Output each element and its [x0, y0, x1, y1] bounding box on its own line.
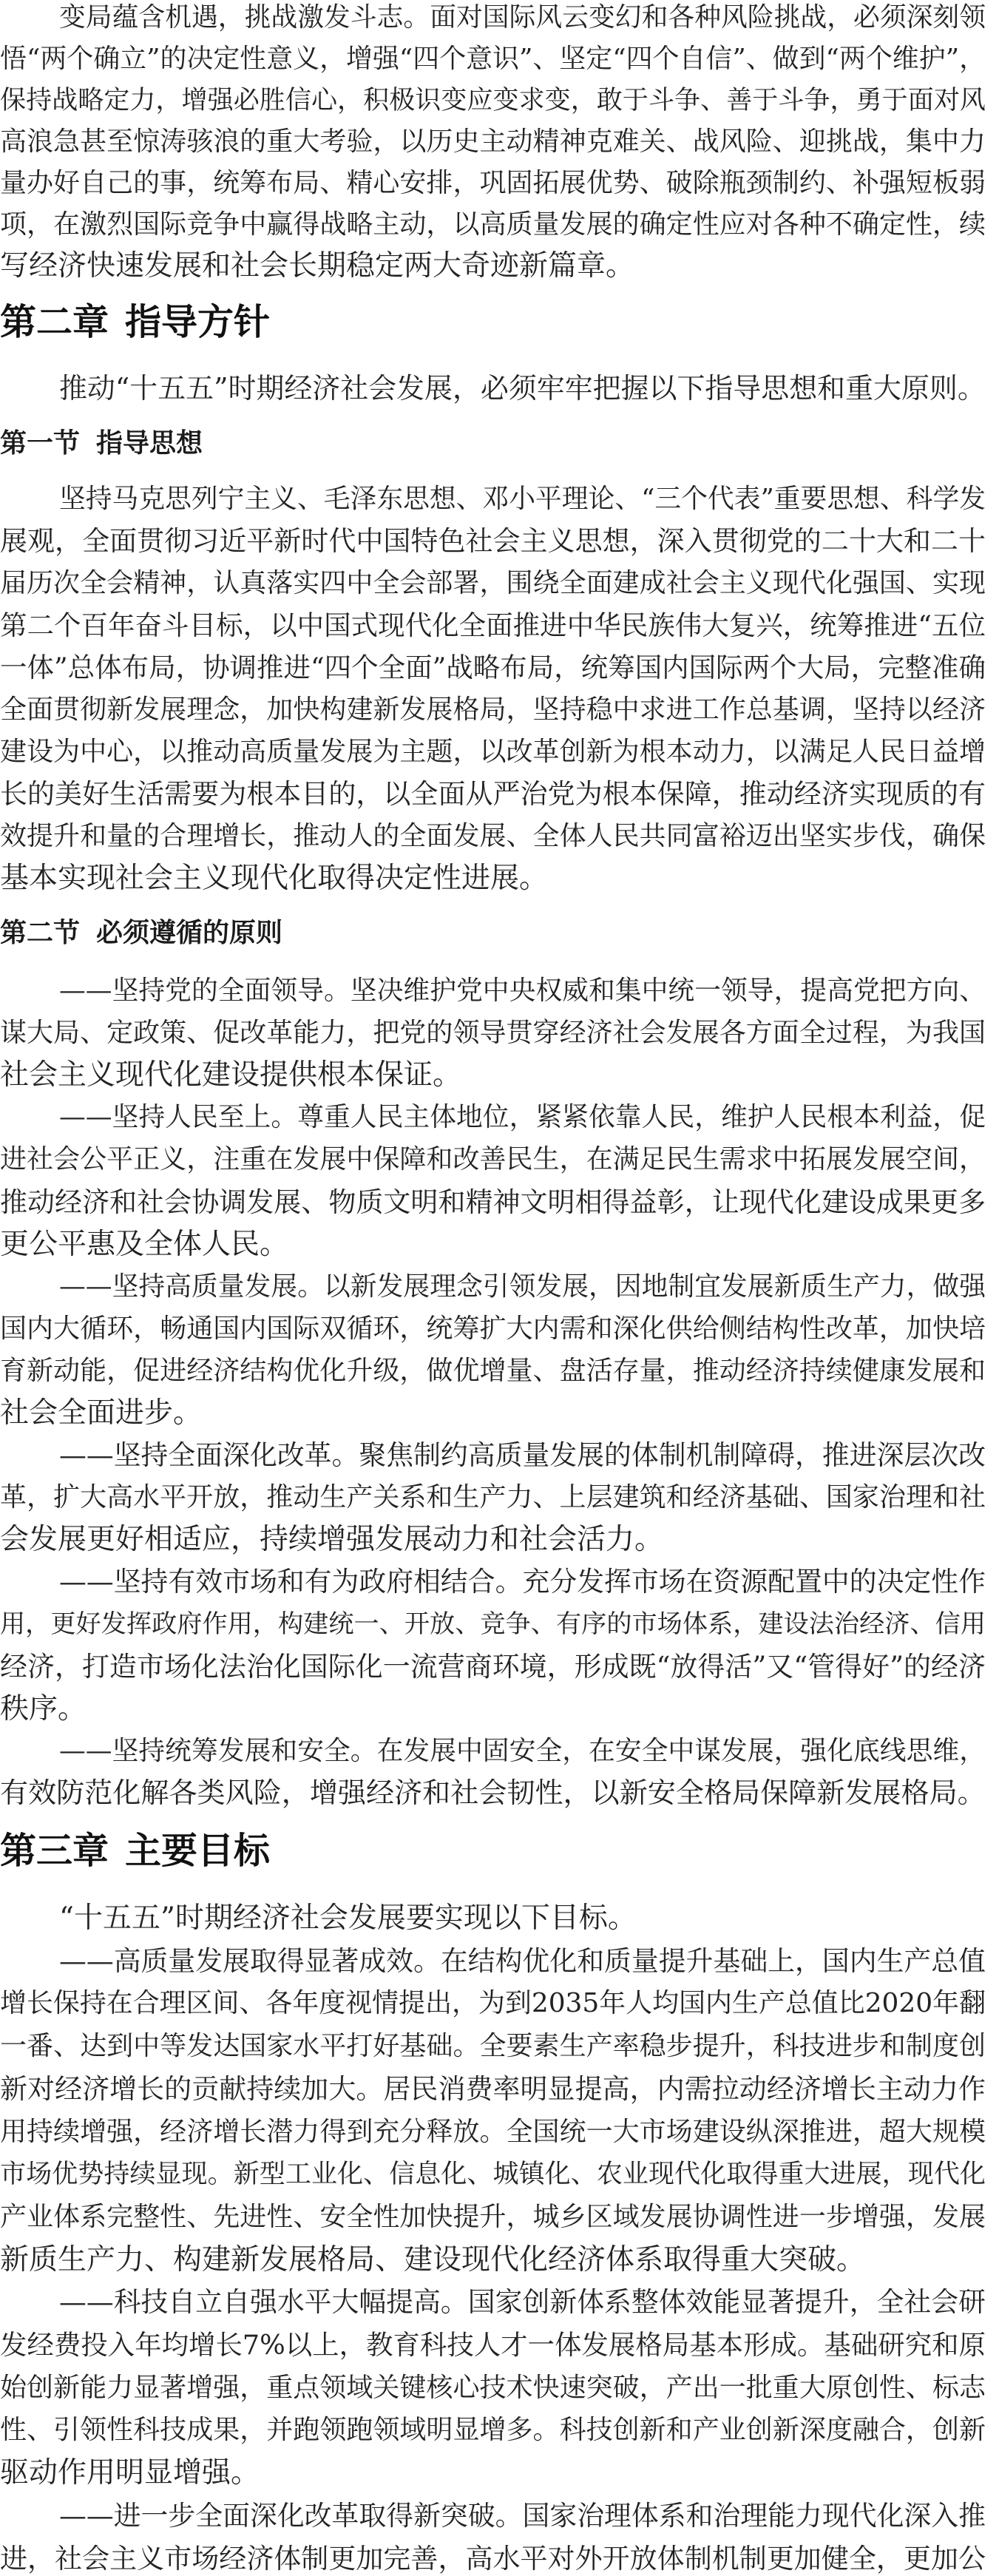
text-line: 有效防范化解各类风险，增强经济和社会韧性，以新安全格局保障新发展格局。: [0, 1772, 986, 1814]
text-line: 进社会公平正义，注重在发展中保障和改善民生，在满足民生需求中拓展发展空间，: [0, 1138, 986, 1180]
text-line: 产业体系完整性、先进性、安全性加快提升，城乡区域发展协调性进一步增强，发展: [0, 2196, 986, 2238]
section-number: 第一节: [0, 428, 80, 459]
text-line: 展观，全面贯彻习近平新时代中国特色社会主义思想，深入贯彻党的二十大和二十: [0, 520, 986, 562]
text-line: 高浪急甚至惊涛骇浪的重大考验，以历史主动精神克难关、战风险、迎挑战，集中力: [0, 121, 986, 163]
chapter-heading: 第三章主要目标: [0, 1829, 999, 1873]
chapter-number: 第三章: [0, 1830, 109, 1872]
text-line: 会发展更好相适应，持续增强发展动力和社会活力。: [0, 1518, 986, 1561]
chapter-heading: 第二章指导方针: [0, 300, 999, 345]
text-line: 变局蕴含机遇，挑战激发斗志。面对国际风云变幻和各种风险挑战，必须深刻领: [0, 0, 986, 38]
text-line: ——进一步全面深化改革取得新突破。国家治理体系和治理能力现代化深入推: [0, 2495, 986, 2537]
document-page: 变局蕴含机遇，挑战激发斗志。面对国际风云变幻和各种风险挑战，必须深刻领悟“两个确…: [0, 0, 999, 2576]
text-line: 进，社会主义市场经济体制更加完善，高水平对外开放体制机制更加健全，更加公: [0, 2538, 986, 2576]
text-line: 长的美好生活需要为根本目的，以全面从严治党为根本保障，推动经济实现质的有: [0, 773, 986, 815]
text-line: 社会全面进步。: [0, 1392, 986, 1434]
text-line: 增长保持在合理区间、各年度视情提出，为到2035年人均国内生产总值比2020年翻: [0, 1982, 986, 2024]
text-line: 秩序。: [0, 1688, 986, 1730]
text-line: 推动“十五五”时期经济社会发展，必须牢牢把握以下指导思想和重大原则。: [0, 368, 986, 410]
text-line: 更公平惠及全体人民。: [0, 1223, 986, 1265]
text-line: 全面贯彻新发展理念，加快构建新发展格局，坚持稳中求进工作总基调，坚持以经济: [0, 689, 986, 731]
text-line: 社会主义现代化建设提供根本保证。: [0, 1054, 986, 1096]
text-line: 用持续增强，经济增长潜力得到充分释放。全国统一大市场建设纵深推进，超大规模: [0, 2111, 986, 2153]
text-line: 写经济快速发展和社会长期稳定两大奇迹新篇章。: [0, 245, 986, 287]
text-line: 建设为中心，以推动高质量发展为主题，以改革创新为根本动力，以满足人民日益增: [0, 731, 986, 773]
section-number: 第二节: [0, 918, 80, 948]
text-line: 始创新能力显著增强，重点领域关键核心技术快速突破，产出一批重大原创性、标志: [0, 2367, 986, 2409]
text-line: ——坚持人民至上。尊重人民主体地位，紧紧依靠人民，维护人民根本利益，促: [0, 1096, 986, 1138]
text-line: 新对经济增长的贡献持续加大。居民消费率明显提高，内需拉动经济增长主动力作: [0, 2068, 986, 2110]
text-line: 经济，打造市场化法治化国际化一流营商环境，形成既“放得活”又“管得好”的经济: [0, 1646, 986, 1688]
text-line: ——坚持统筹发展和安全。在发展中固安全，在安全中谋发展，强化底线思维，: [0, 1730, 986, 1772]
text-line: ——坚持有效市场和有为政府相结合。充分发挥市场在资源配置中的决定性作: [0, 1561, 986, 1603]
section-heading: 第二节必须遵循的原则: [0, 915, 999, 952]
text-line: ——坚持党的全面领导。坚决维护党中央权威和集中统一领导，提高党把方向、: [0, 970, 986, 1012]
text-line: 用，更好发挥政府作用，构建统一、开放、竞争、有序的市场体系，建设法治经济、信用: [0, 1603, 986, 1646]
text-line: 坚持马克思列宁主义、毛泽东思想、邓小平理论、“三个代表”重要思想、科学发: [0, 478, 986, 520]
text-line: 悟“两个确立”的决定性意义，增强“四个意识”、坚定“四个自信”、做到“两个维护”…: [0, 38, 986, 80]
chapter-title: 主要目标: [125, 1830, 270, 1872]
text-line: 届历次全会精神，认真落实四中全会部署，围绕全面建成社会主义现代化强国、实现: [0, 562, 986, 604]
text-line: 性、引领性科技成果，并跑领跑领域明显增多。科技创新和产业创新深度融合，创新: [0, 2409, 986, 2451]
text-line: 驱动作用明显增强。: [0, 2452, 986, 2494]
section-title: 必须遵循的原则: [96, 918, 282, 948]
text-line: 推动经济和社会协调发展、物质文明和精神文明相得益彰，让现代化建设成果更多: [0, 1181, 986, 1223]
chapter-title: 指导方针: [125, 301, 270, 343]
text-line: 革，扩大高水平开放，推动生产关系和生产力、上层建筑和经济基础、国家治理和社: [0, 1476, 986, 1518]
text-line: ——坚持高质量发展。以新发展理念引领发展，因地制宜发展新质生产力，做强: [0, 1265, 986, 1308]
text-line: 育新动能，促进经济结构优化升级，做优增量、盘活存量，推动经济持续健康发展和: [0, 1350, 986, 1392]
text-line: 新质生产力、构建新发展格局、建设现代化经济体系取得重大突破。: [0, 2239, 986, 2281]
text-line: 基本实现社会主义现代化取得决定性进展。: [0, 857, 986, 899]
text-line: 谋大局、定政策、促改革能力，把党的领导贯穿经济社会发展各方面全过程，为我国: [0, 1012, 986, 1054]
text-line: 一体”总体布局，协调推进“四个全面”战略布局，统筹国内国际两个大局，完整准确: [0, 646, 986, 689]
section-heading: 第一节指导思想: [0, 425, 999, 462]
text-line: ——坚持全面深化改革。聚焦制约高质量发展的体制机制障碍，推进深层次改: [0, 1434, 986, 1476]
text-line: 效提升和量的合理增长，推动人的全面发展、全体人民共同富裕迈出坚实步伐，确保: [0, 815, 986, 857]
text-line: 项，在激烈国际竞争中赢得战略主动，以高质量发展的确定性应对各种不确定性，续: [0, 203, 986, 246]
text-line: ——高质量发展取得显著成效。在结构优化和质量提升基础上，国内生产总值: [0, 1940, 986, 1982]
section-title: 指导思想: [96, 428, 203, 459]
text-line: 市场优势持续显现。新型工业化、信息化、城镇化、农业现代化取得重大进展，现代化: [0, 2153, 986, 2195]
text-line: 第二个百年奋斗目标，以中国式现代化全面推进中华民族伟大复兴，统筹推进“五位: [0, 604, 986, 646]
chapter-number: 第二章: [0, 301, 109, 343]
text-line: 国内大循环，畅通国内国际双循环，统筹扩大内需和深化供给侧结构性改革，加快培: [0, 1308, 986, 1350]
text-line: 量办好自己的事，统筹布局、精心安排，巩固拓展优势、破除瓶颈制约、补强短板弱: [0, 162, 986, 204]
text-line: 保持战略定力，增强必胜信心，积极识变应变求变，敢于斗争、善于斗争，勇于面对风: [0, 79, 986, 121]
text-line: “十五五”时期经济社会发展要实现以下目标。: [0, 1897, 986, 1939]
text-line: ——科技自立自强水平大幅提高。国家创新体系整体效能显著提升，全社会研: [0, 2281, 986, 2323]
text-line: 发经费投入年均增长7%以上，教育科技人才一体发展格局基本形成。基础研究和原: [0, 2324, 986, 2366]
text-line: 一番、达到中等发达国家水平打好基础。全要素生产率稳步提升，科技进步和制度创: [0, 2025, 986, 2067]
